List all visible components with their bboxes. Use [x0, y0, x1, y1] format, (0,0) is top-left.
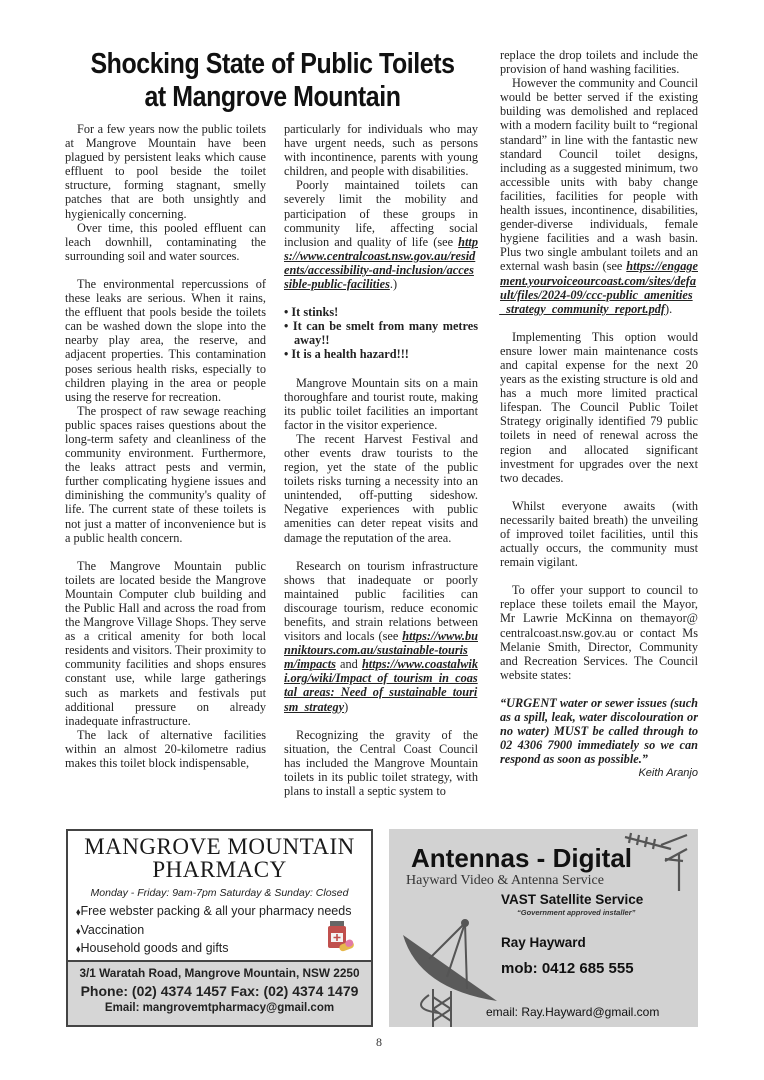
- pharmacy-phone: Phone: (02) 4374 1457 Fax: (02) 4374 147…: [68, 983, 371, 999]
- antennas-ad: Antennas - Digital Hayward Video & Anten…: [389, 829, 698, 1027]
- paragraph: The prospect of raw sewage reaching publ…: [65, 404, 266, 545]
- pharmacy-email[interactable]: Email: mangrovemtpharmacy@gmail.com: [68, 1002, 371, 1014]
- pharmacy-name-line-1: MANGROVE MOUNTAIN: [68, 835, 371, 858]
- pharmacy-name: MANGROVE MOUNTAIN PHARMACY: [68, 835, 371, 881]
- text: .): [390, 277, 397, 291]
- pharmacy-name-line-2: PHARMACY: [68, 858, 371, 881]
- satellite-dish-icon: [399, 919, 499, 1027]
- vast-service: VAST Satellite Service: [501, 892, 643, 907]
- author-byline: Keith Aranjo: [500, 766, 698, 780]
- pharmacy-ad: MANGROVE MOUNTAIN PHARMACY Monday - Frid…: [66, 829, 373, 1027]
- column-2: particularly for individuals who may hav…: [284, 122, 478, 798]
- gov-approved: “Government approved installer”: [517, 908, 635, 917]
- contact-name: Ray Hayward: [501, 935, 586, 950]
- paragraph: Research on tourism infrastructure shows…: [284, 559, 478, 714]
- text: Poorly maintained toilets can severely l…: [284, 178, 478, 248]
- antennas-subtitle: Hayward Video & Antenna Service: [406, 873, 604, 889]
- paragraph: The recent Harvest Festival and other ev…: [284, 432, 478, 545]
- council-quote: “URGENT water or sewer issues (such as a…: [500, 696, 698, 766]
- column-3: replace the drop toilets and include the…: [500, 48, 698, 781]
- paragraph: replace the drop toilets and include the…: [500, 48, 698, 76]
- paragraph: For a few years now the public toilets a…: [65, 122, 266, 221]
- bullet-item: It stinks!: [284, 305, 478, 319]
- title-line-1: Shocking State of Public Toilets: [90, 48, 456, 81]
- paragraph: Whilst everyone awaits (with necessarily…: [500, 499, 698, 569]
- paragraph: Poorly maintained toilets can severely l…: [284, 178, 478, 291]
- article-title: Shocking State of Public Toilets at Mang…: [90, 48, 456, 114]
- text: and: [336, 657, 362, 671]
- text: ): [344, 700, 348, 714]
- paragraph: Implementing This option would ensure lo…: [500, 330, 698, 485]
- paragraph: To offer your support to council to repl…: [500, 583, 698, 682]
- text: ).: [665, 302, 672, 316]
- paragraph: Over time, this pooled effluent can leac…: [65, 221, 266, 263]
- page-number: 8: [376, 1035, 382, 1050]
- medicine-bottle-icon: [325, 921, 355, 953]
- paragraph: The environmental repercussions of these…: [65, 277, 266, 404]
- contact-email[interactable]: email: Ray.Hayward@gmail.com: [486, 1005, 659, 1019]
- bullet-list: It stinks! It can be smelt from many met…: [284, 305, 478, 361]
- paragraph: particularly for individuals who may hav…: [284, 122, 478, 178]
- text: However the community and Council would …: [500, 76, 698, 273]
- contact-mobile: mob: 0412 685 555: [501, 960, 634, 977]
- title-line-2: at Mangrove Mountain: [90, 81, 456, 114]
- paragraph: Mangrove Mountain sits on a main thoroug…: [284, 376, 478, 432]
- service-item: Free webster packing & all your pharmacy…: [76, 903, 371, 922]
- paragraph: However the community and Council would …: [500, 76, 698, 316]
- bullet-item: It can be smelt from many metres away!!: [284, 319, 478, 347]
- pharmacy-hours: Monday - Friday: 9am-7pm Saturday & Sund…: [68, 887, 371, 899]
- paragraph: Recognizing the gravity of the situation…: [284, 728, 478, 798]
- paragraph: The lack of alternative facilities withi…: [65, 728, 266, 770]
- pharmacy-contact: 3/1 Waratah Road, Mangrove Mountain, NSW…: [68, 960, 371, 1025]
- antennas-brand: Antennas - Digital: [411, 843, 632, 874]
- bullet-item: It is a health hazard!!!: [284, 347, 478, 361]
- paragraph: The Mangrove Mountain public toilets are…: [65, 559, 266, 728]
- pharmacy-address: 3/1 Waratah Road, Mangrove Mountain, NSW…: [68, 966, 371, 980]
- column-1: For a few years now the public toilets a…: [65, 122, 266, 770]
